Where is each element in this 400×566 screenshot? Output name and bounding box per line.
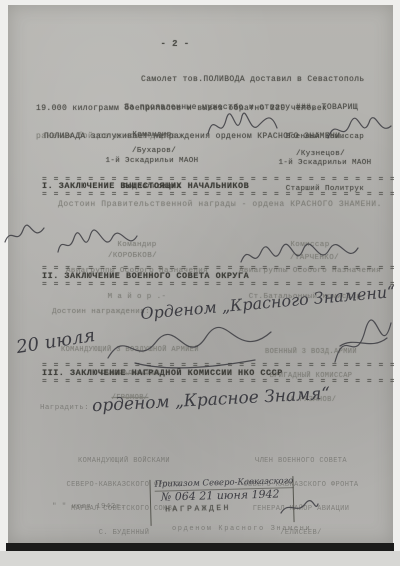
award-order-stamp: Приказом Северо-Кавказского № 064 21 июн… <box>149 476 294 526</box>
signatory-unit: 1-й Эскадрильи МАОН <box>72 157 232 166</box>
signatory-unit: 1-й Эскадрильи МАОН <box>246 159 400 168</box>
section3-label: Наградить: <box>40 404 89 413</box>
section1-conclusion: Достоин Правительственной награды - орде… <box>58 200 394 209</box>
divider-line: = = = = = = = = = = = = = = = = = = = = … <box>42 190 394 199</box>
faint-order-caption: орденом Красного Знамени <box>172 525 311 533</box>
blank-date-field: " " июля 1942г. <box>52 503 126 512</box>
signatory-name-bukharov: /Бухаров/ <box>132 147 176 156</box>
divider-line: = = = = = = = = = = = = = = = = = = = = … <box>42 377 394 386</box>
signature-margin-note-ink <box>2 222 47 250</box>
page-number: - 2 - <box>140 39 210 49</box>
signature-korzh-ink <box>55 228 140 260</box>
scan-bottom-margin <box>0 551 400 566</box>
signatory-title: КОМАНДУЮЩИЙ ВОЙСКАМИ <box>40 457 208 465</box>
signature-bukharov-ink <box>205 102 280 150</box>
signature-commissar-army-ink <box>325 315 397 373</box>
signature-stamp-flourish-ink <box>278 498 320 520</box>
stamp-awarded-label: НАГРАЖДЕН <box>165 504 231 515</box>
section2-label: Достоин награждения: <box>52 308 150 317</box>
signature-gromov-ink <box>105 322 275 370</box>
stamp-order-number-date: № 064 21 июня 1942 <box>161 487 280 503</box>
signature-commissar-ink <box>238 240 363 272</box>
signature-kuznetsov-ink <box>325 108 395 153</box>
signatory-title: ЧЛЕН ВОЕННОГО СОВЕТА <box>212 457 390 465</box>
